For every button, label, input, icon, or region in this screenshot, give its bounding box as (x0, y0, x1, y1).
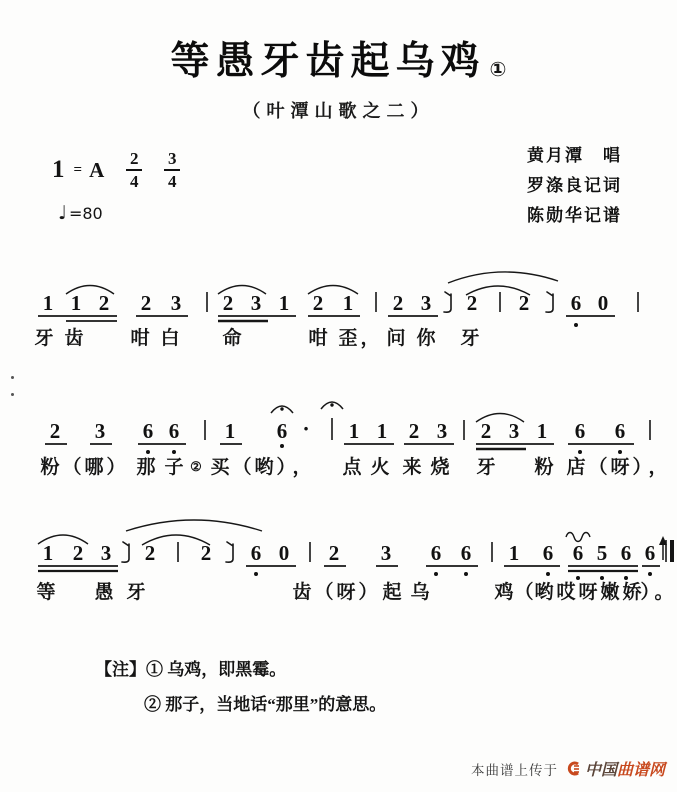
note-digit: 1 (279, 291, 290, 315)
time-signature-3-4: 3 4 (164, 150, 180, 190)
note-digit: 2 (73, 541, 84, 565)
lyric-char: 那 (136, 456, 155, 478)
note-digit: 2 (201, 541, 212, 565)
note-digit: 3 (437, 419, 448, 443)
quarter-note-icon: ♩ (58, 202, 67, 224)
lyric-char: 咁 (308, 327, 327, 349)
note-digit: 2 (481, 419, 492, 443)
notes-row: 2 3 6 6 1 6 1 1 2 3 2 3 1 6 6 (50, 419, 626, 443)
note-digit: 6 (251, 541, 262, 565)
lyric-char: 齿 (64, 326, 83, 349)
lyrics-row: 牙 齿 咁 白 命 咁 歪 ， 问 你 牙 (34, 326, 479, 349)
lyric-char: 鸡 (493, 580, 513, 603)
footnote-text: 乌鸡，即黑霉。 (167, 660, 286, 679)
meter-denominator: 4 (168, 173, 177, 190)
note-digit: 6 (277, 419, 288, 443)
note-digit: 1 (349, 419, 360, 443)
lyric-char: 哪 (84, 456, 104, 478)
lyric-char: 哟 (534, 580, 553, 603)
footnote-line-1: 【注】① 乌鸡，即黑霉。 (95, 655, 386, 680)
note-digit: 2 (99, 291, 110, 315)
note-digit: 6 (575, 419, 586, 443)
lyric-char: 嫩 (600, 580, 619, 603)
lyric-char: 歪 (338, 327, 357, 349)
lyric-char: 牙 (34, 327, 53, 349)
low-octave-dots (146, 444, 622, 454)
lyric-char: 哟 (254, 455, 273, 478)
lyric-char: 粉 (39, 455, 59, 478)
lyric-char: 牙 (460, 327, 479, 349)
key-signature-row: 1 = A 2 4 3 4 (52, 150, 180, 190)
title-footnote-marker: ① (490, 57, 507, 81)
lyric-char: 乌 (410, 580, 429, 603)
lyric-char: （ (314, 580, 333, 603)
lyric-char: 呀 (610, 456, 629, 478)
lyric-char: 齿 (292, 580, 311, 603)
lyric-char: 咁 (130, 327, 149, 349)
note-digit: 3 (95, 419, 106, 443)
lyric-char: 呀 (578, 581, 597, 603)
key-note-letter: A (89, 158, 104, 183)
credit-lyricist: 罗涤良记词 (527, 171, 622, 201)
music-system-3: 1 2 3 2 2 6 0 2 3 6 6 1 6 6 5 6 6 等 愚 牙 … (0, 514, 677, 610)
lyric-char: （ (62, 455, 81, 478)
note-digit: 3 (171, 291, 182, 315)
lyrics-row: 粉 （ 哪 ） 那 子 ② 买 （ 哟 ） ， 点 火 来 烧 牙 粉 店 （ … (39, 455, 667, 478)
low-octave-dot (574, 323, 578, 327)
uploaded-by-text: 本曲谱上传于 (471, 759, 558, 779)
note-digit: 1 (43, 541, 54, 565)
beam-lines (38, 566, 660, 571)
lyric-char: 白 (160, 326, 179, 349)
footnote-marker: ① (146, 660, 163, 679)
lyric-char: 买 (210, 456, 230, 478)
lyric-char: 哎 (556, 580, 576, 603)
note-digit: 6 (573, 541, 584, 565)
note-digit: 6 (431, 541, 442, 565)
tempo-value: =80 (69, 204, 103, 223)
note-digit: 1 (343, 291, 354, 315)
grace-slide-hook-icon (444, 292, 553, 312)
lyric-char: 愚 (94, 581, 113, 603)
lyric-char: ） (106, 455, 125, 478)
footnote-label: 【注】 (95, 660, 146, 679)
site-name-orange: 曲谱网 (617, 757, 665, 780)
lyric-char: （ (588, 455, 607, 478)
note-digit: 6 (615, 419, 626, 443)
lyric-char: 粉 (533, 455, 553, 478)
footnotes-block: 【注】① 乌鸡，即黑霉。 ② 那子，当地话“那里”的意思。 (95, 655, 386, 715)
lyric-char: ， (648, 457, 667, 478)
note-digit: 3 (251, 291, 262, 315)
key-scale-degree: 1 (52, 156, 65, 184)
note-digit: 5 (597, 541, 608, 565)
note-digit: 0 (279, 541, 290, 565)
note-digit: 3 (509, 419, 520, 443)
meter-numerator: 3 (168, 150, 177, 167)
credit-singer: 黄月潭 唱 (527, 141, 622, 171)
lyric-char: 子 (164, 456, 183, 478)
site-name-dark: 中国 (585, 757, 617, 780)
time-signature-2-4: 2 4 (126, 150, 142, 190)
sheet-music-page: 等愚牙齿起乌鸡① （叶潭山歌之二） 1 = A 2 4 3 4 ♩ =80 黄月… (0, 0, 677, 792)
note-digit: 1 (43, 291, 54, 315)
note-digit: 3 (381, 541, 392, 565)
note-digit: 3 (101, 541, 112, 565)
lyric-char: ， (292, 457, 311, 478)
beam-lines (45, 444, 634, 449)
lyric-char: （ (514, 580, 533, 603)
lyric-char: ， (360, 328, 379, 349)
note-digit: 6 (621, 541, 632, 565)
notes-row: 1 1 2 2 3 2 3 1 2 1 2 3 2 2 6 0 (43, 291, 609, 315)
key-tempo-block: 1 = A 2 4 3 4 ♩ =80 (52, 150, 180, 224)
lyric-char: 等 (36, 580, 55, 603)
song-title: 等愚牙齿起乌鸡 (171, 40, 486, 83)
note-digit: 1 (71, 291, 82, 315)
note-digit: 2 (519, 291, 530, 315)
beam-lines (38, 316, 615, 321)
note-digit: 0 (598, 291, 609, 315)
lyric-char: 店 (566, 455, 585, 478)
lyric-char: （ (232, 455, 251, 478)
lyric-char: 。 (654, 582, 673, 603)
note-digit: 1 (537, 419, 548, 443)
lyric-char: 起 (382, 580, 401, 603)
lyric-char: 问 (386, 326, 405, 349)
note-digit: 6 (543, 541, 554, 565)
note-digit: 2 (50, 419, 61, 443)
note-digit: 2 (141, 291, 152, 315)
title-row: 等愚牙齿起乌鸡① (0, 30, 677, 86)
lyric-char: 娇 (622, 580, 641, 603)
lyric-footnote-marker: ② (190, 459, 202, 474)
music-system-2: · 2 3 6 6 1 6 1 1 2 3 2 3 1 6 6 粉 （ 哪 ） … (0, 394, 677, 482)
lyric-char: 牙 (476, 456, 495, 478)
scan-speck (11, 376, 14, 379)
lyric-char: 火 (370, 455, 389, 478)
note-digit: 6 (645, 541, 656, 565)
tempo-row: ♩ =80 (58, 202, 180, 224)
fraction-bar (164, 169, 180, 171)
lyric-char: 烧 (429, 455, 449, 478)
note-digit: 2 (313, 291, 324, 315)
note-digit: 6 (461, 541, 472, 565)
lyric-char: 来 (402, 455, 421, 478)
credits-block: 黄月潭 唱 罗涤良记词 陈勋华记谱 (527, 141, 622, 231)
note-digit: 2 (393, 291, 404, 315)
key-equals-sign: = (74, 162, 83, 179)
lyric-char: 呀 (336, 581, 355, 603)
note-digit: 1 (377, 419, 388, 443)
footnote-marker: ② (144, 695, 161, 714)
lyric-char: 命 (222, 326, 241, 349)
note-digit: 6 (143, 419, 154, 443)
footnote-line-2: ② 那子，当地话“那里”的意思。 (144, 690, 386, 715)
note-digit: 1 (509, 541, 520, 565)
note-digit: 3 (421, 291, 432, 315)
augmentation-dot: · (302, 416, 309, 441)
fraction-bar (126, 169, 142, 171)
note-digit: 2 (329, 541, 340, 565)
note-digit: 2 (223, 291, 234, 315)
lyric-char: ） (358, 580, 377, 603)
footnote-text: 那子，当地话“那里”的意思。 (165, 695, 386, 714)
lyric-char: 牙 (126, 581, 145, 603)
meter-denominator: 4 (130, 173, 139, 190)
music-system-1: 1 1 2 2 3 2 3 1 2 1 2 3 2 2 6 0 牙 齿 咁 白 … (0, 264, 677, 352)
lyric-char: 你 (416, 326, 436, 349)
note-digit: 6 (169, 419, 180, 443)
fermata-icon (271, 402, 343, 413)
meter-numerator: 2 (130, 150, 139, 167)
lyric-char: 点 (342, 455, 362, 478)
scan-speck (11, 393, 14, 396)
note-digit: 6 (571, 291, 582, 315)
low-octave-dots (254, 572, 652, 580)
watermark-footer: 本曲谱上传于 中国 曲谱网 (471, 757, 665, 780)
note-digit: 2 (145, 541, 156, 565)
note-digit: 2 (409, 419, 420, 443)
site-logo-icon (565, 760, 582, 777)
credit-transcriber: 陈勋华记谱 (527, 201, 622, 231)
note-digit: 1 (225, 419, 236, 443)
lyrics-row: 等 愚 牙 齿 （ 呀 ） 起 乌 鸡 （ 哟 哎 呀 嫩 娇 ） 。 (36, 580, 673, 603)
song-subtitle: （叶潭山歌之二） (0, 97, 677, 123)
notes-row: 1 2 3 2 2 6 0 2 3 6 6 1 6 6 5 6 6 (43, 541, 656, 565)
final-barline (666, 540, 674, 562)
note-digit: 2 (467, 291, 478, 315)
